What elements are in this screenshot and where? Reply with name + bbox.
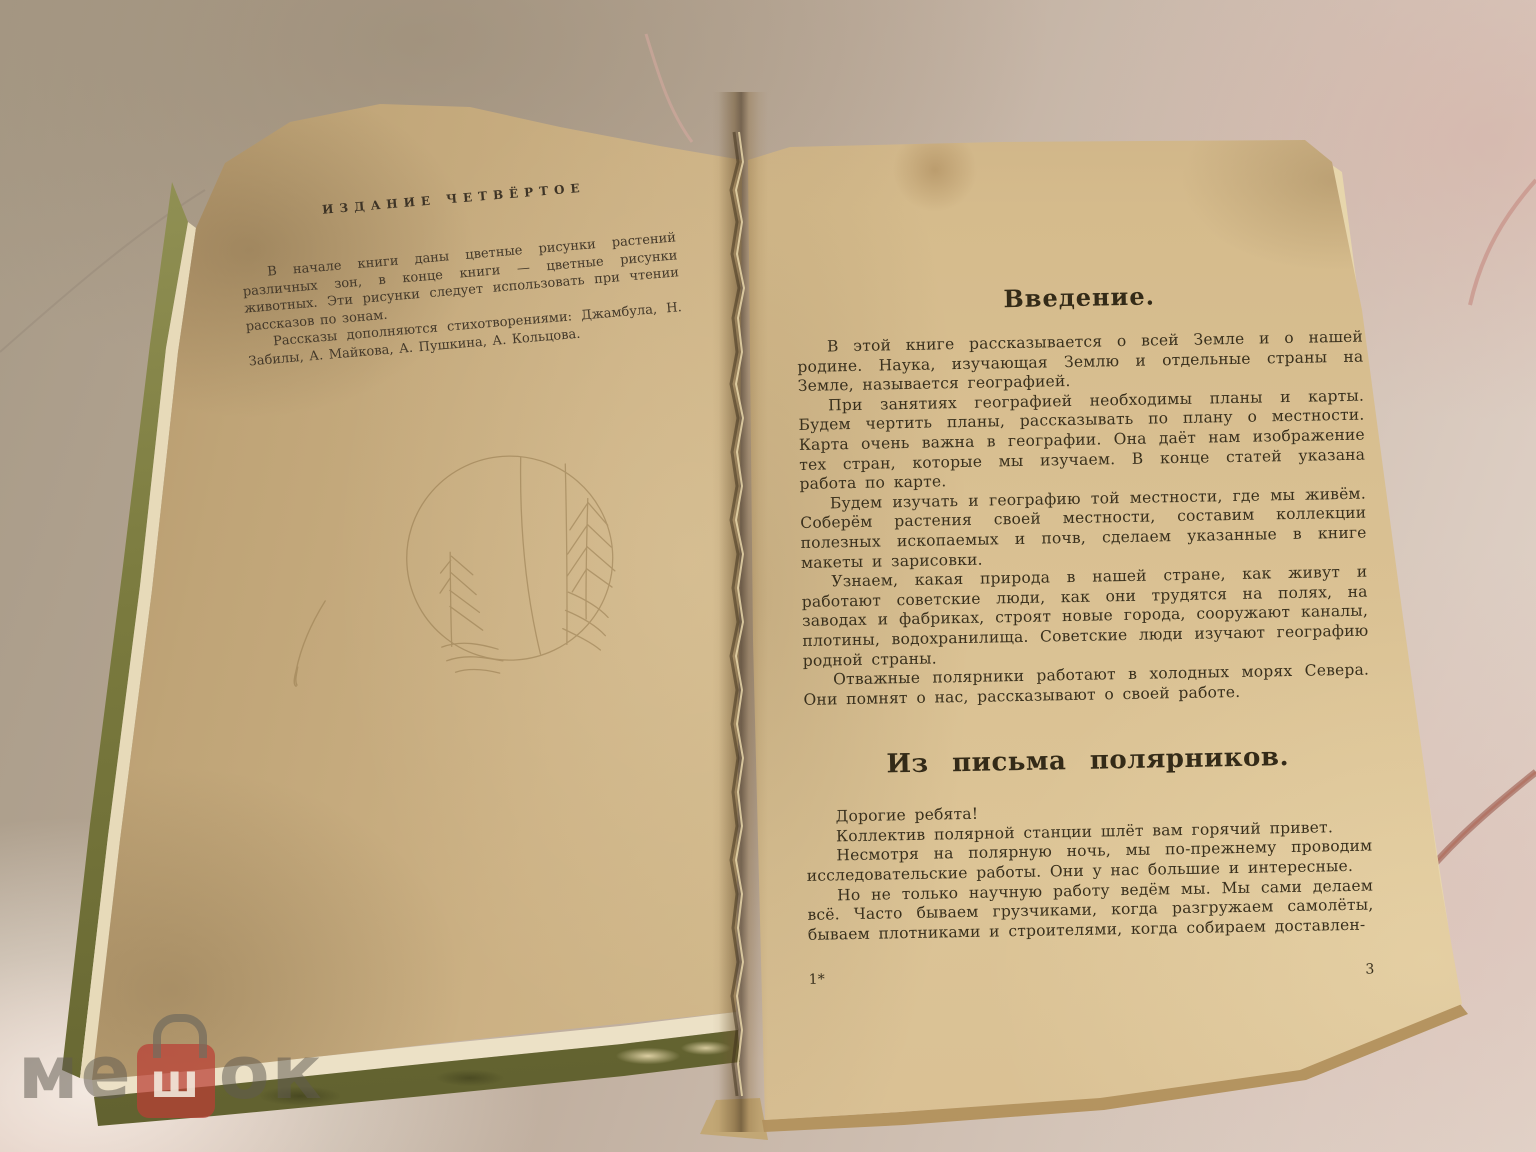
letter-title: Из письма полярников. [804,740,1370,782]
watermark-bag-letter: ш [150,1058,201,1104]
watermark-text-after: ок [219,1036,324,1110]
watermark-text-before: ме [18,1036,133,1110]
intro-paragraph: При занятиях географией необходимы планы… [798,386,1366,494]
signature-mark: 1* [809,971,826,991]
right-page-content: Введение. В этой книге рассказывается о … [796,278,1375,991]
book-spine-gutter [712,92,768,1132]
shopping-bag-icon: ш [137,1044,215,1118]
letter-paragraph: Но не только научную работу ведём мы. Мы… [807,876,1374,945]
page-number: 3 [1365,961,1374,981]
torn-page-stub [712,92,768,1132]
pencil-scribble [279,594,345,690]
intro-paragraph: Узнаем, какая природа в нашей стране, ка… [801,563,1369,671]
intro-paragraph: Будем изучать и географию той местности,… [800,484,1367,573]
book-photo: ИЗДАНИЕ ЧЕТВЁРТОЕ В начале книги даны цв… [0,0,1536,1152]
pencil-sketch [388,438,636,686]
watermark-meshok: ме ш ок [18,1036,324,1110]
intro-paragraph: В этой книге рассказывается о всей Земле… [797,328,1364,397]
